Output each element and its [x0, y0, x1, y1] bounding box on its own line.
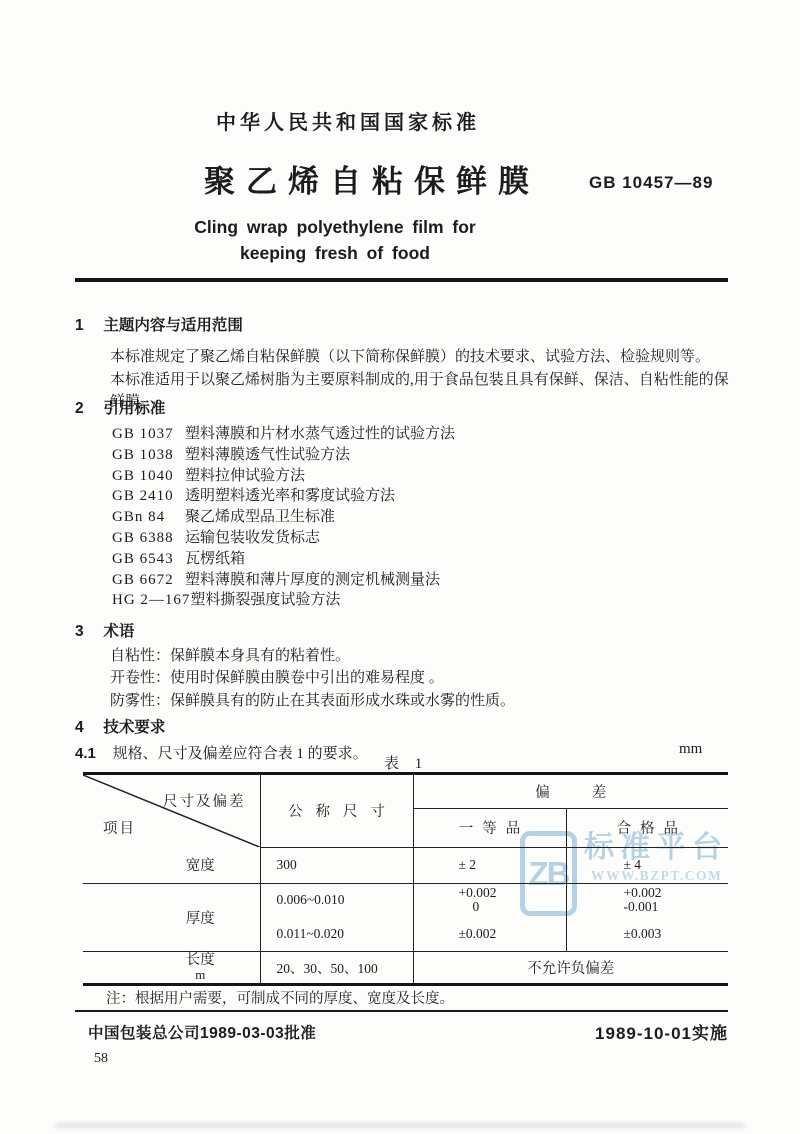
terms-list: 自粘性：保鲜膜本身具有的粘着性。 开卷性：使用时保鲜膜由膜卷中引出的难易程度 。…: [110, 645, 515, 712]
page-title: 聚乙烯自粘保鲜膜: [204, 156, 540, 201]
length-label-text: 长度: [141, 953, 260, 968]
header-rule: [75, 278, 728, 282]
scanned-standard-page: { "header": { "national_standard_label":…: [0, 0, 800, 1134]
section-2-number: 2: [75, 400, 99, 418]
approval-statement: 中国包装总公司1989-03-03批准: [88, 1021, 316, 1043]
width-nominal: 300: [260, 847, 413, 883]
section-4-heading: 4 技术要求: [75, 715, 165, 737]
section-1-title: 主题内容与适用范围: [103, 317, 243, 334]
table-caption: 表 1: [384, 752, 428, 773]
thickness-1-tolerance-qualified: +0.002 -0.001: [566, 883, 728, 917]
clause-text: 规格、尺寸及偏差应符合表 1 的要求。: [113, 746, 368, 762]
thickness-1-tolerance-first: +0.002 0: [413, 883, 566, 917]
scan-artifact: [55, 1123, 745, 1128]
reference-name: 运输包装收发货标志: [185, 530, 320, 546]
scope-paragraph-2: 本标准适用于以聚乙烯树脂为主要原料制成的,用于食品包装且具有保鲜、保洁、自粘性能…: [110, 369, 735, 414]
thickness-label: 厚度: [83, 883, 260, 951]
reference-item: GBn 84聚乙烯成型品卫生标准: [112, 507, 455, 528]
reference-code: GB 6543: [112, 549, 185, 570]
reference-name: 塑料撕裂强度试验方法: [190, 592, 340, 608]
term-item: 开卷性：使用时保鲜膜由膜卷中引出的难易程度 。: [110, 667, 515, 689]
tolerance-lower: -0.001: [624, 900, 729, 914]
thickness-1-nominal: 0.006~0.010: [260, 883, 413, 917]
reference-name: 瓦楞纸箱: [185, 551, 245, 567]
tolerance-lower: 0: [459, 900, 566, 914]
length-label: 长度 m: [83, 951, 260, 984]
header-tolerance: 偏差: [413, 774, 728, 809]
section-3-title: 术语: [103, 623, 134, 640]
english-subtitle-line2: keeping fresh of food: [150, 240, 520, 266]
tolerance-upper: +0.002: [459, 886, 566, 900]
tolerance-upper: +0.002: [624, 886, 729, 900]
thickness-2-nominal: 0.011~0.020: [260, 917, 413, 951]
reference-code: GB 6672: [112, 570, 185, 591]
term-item: 防雾性：保鲜膜具有的防止在其表面形成水珠或水雾的性质。: [110, 690, 515, 712]
reference-item: GB 1038塑料薄膜透气性试验方法: [112, 445, 455, 466]
reference-name: 塑料薄膜和片材水蒸气透过性的试验方法: [185, 426, 455, 442]
section-2-title: 引用标准: [103, 400, 165, 417]
table-header-row-1: 尺寸及偏差 项目 公称尺寸 偏差: [83, 774, 728, 809]
diagonal-header-top-label: 尺寸及偏差: [163, 790, 246, 811]
standard-code: GB 10457—89: [589, 173, 713, 193]
length-row: 长度 m 20、30、50、100 不允许负偏差: [83, 951, 728, 984]
scope-paragraphs: 本标准规定了聚乙烯自粘保鲜膜（以下简称保鲜膜）的技术要求、试验方法、检验规则等。…: [110, 346, 735, 414]
reference-item: GB 2410透明塑料透光率和雾度试验方法: [112, 486, 455, 507]
reference-name: 塑料拉伸试验方法: [185, 468, 305, 484]
header-nominal-size: 公称尺寸: [260, 774, 413, 848]
width-label: 宽度: [83, 847, 260, 883]
reference-code: GB 2410: [112, 486, 185, 507]
width-tolerance-first: ± 2: [413, 847, 566, 883]
header-grade-qualified: 合格品: [566, 808, 728, 847]
reference-code: GB 6388: [112, 528, 185, 549]
header-grade-first: 一等品: [413, 808, 566, 847]
reference-item: GB 6672塑料薄膜和薄片厚度的测定机械测量法: [112, 570, 455, 591]
reference-code: HG 2—167: [112, 590, 190, 611]
section-4-title: 技术要求: [103, 719, 165, 736]
diagonal-header-cell: 尺寸及偏差 项目: [83, 774, 260, 848]
reference-code: GB 1038: [112, 445, 185, 466]
width-tolerance-qualified: ± 4: [566, 847, 728, 883]
national-standard-label: 中华人民共和国国家标准: [216, 106, 480, 135]
thickness-row-1: 厚度 0.006~0.010 +0.002 0 +0.002 -0.001: [83, 883, 728, 917]
diagonal-header-bottom-label: 项目: [103, 817, 136, 838]
clause-number: 4.1: [75, 745, 96, 762]
reference-item: GB 1037塑料薄膜和片材水蒸气透过性的试验方法: [112, 424, 455, 445]
thickness-2-tolerance-qualified: ±0.003: [566, 917, 728, 951]
reference-name: 塑料薄膜透气性试验方法: [185, 447, 350, 463]
reference-code: GBn 84: [112, 507, 185, 528]
reference-list: GB 1037塑料薄膜和片材水蒸气透过性的试验方法 GB 1038塑料薄膜透气性…: [112, 424, 455, 611]
table-1: 尺寸及偏差 项目 公称尺寸 偏差 一等品 合格品 宽度 300 ± 2 ± 4 …: [83, 772, 728, 986]
reference-item: GB 6388运输包装收发货标志: [112, 528, 455, 549]
reference-item: GB 1040塑料拉伸试验方法: [112, 466, 455, 487]
reference-code: GB 1037: [112, 424, 185, 445]
clause-4-1: 4.1 规格、尺寸及偏差应符合表 1 的要求。: [75, 742, 368, 763]
reference-code: GB 1040: [112, 466, 185, 487]
section-1-number: 1: [75, 317, 99, 335]
page-number: 58: [94, 1051, 108, 1067]
term-item: 自粘性：保鲜膜本身具有的粘着性。: [110, 645, 515, 667]
section-3-heading: 3 术语: [75, 619, 134, 641]
reference-name: 透明塑料透光率和雾度试验方法: [185, 488, 395, 504]
section-3-number: 3: [75, 623, 99, 641]
footer-rule: [75, 1010, 728, 1012]
reference-item: GB 6543瓦楞纸箱: [112, 549, 455, 570]
table-note: 注：根据用户需要，可制成不同的厚度、宽度及长度。: [106, 987, 454, 1008]
section-4-number: 4: [75, 719, 99, 737]
reference-name: 塑料薄膜和薄片厚度的测定机械测量法: [185, 572, 440, 588]
section-2-heading: 2 引用标准: [75, 396, 165, 418]
scope-paragraph-1: 本标准规定了聚乙烯自粘保鲜膜（以下简称保鲜膜）的技术要求、试验方法、检验规则等。: [110, 346, 735, 369]
english-subtitle: Cling wrap polyethylene film for keeping…: [150, 214, 520, 266]
reference-name: 聚乙烯成型品卫生标准: [185, 509, 335, 525]
table-unit: mm: [679, 741, 702, 758]
length-unit: m: [141, 968, 260, 981]
reference-item: HG 2—167塑料撕裂强度试验方法: [112, 590, 455, 611]
thickness-2-tolerance-first: ±0.002: [413, 917, 566, 951]
length-tolerance: 不允许负偏差: [413, 951, 728, 984]
length-nominal: 20、30、50、100: [260, 951, 413, 984]
implementation-date: 1989-10-01实施: [520, 1019, 728, 1044]
section-1-heading: 1 主题内容与适用范围: [75, 313, 243, 335]
english-subtitle-line1: Cling wrap polyethylene film for: [150, 214, 520, 240]
width-row: 宽度 300 ± 2 ± 4: [83, 847, 728, 883]
